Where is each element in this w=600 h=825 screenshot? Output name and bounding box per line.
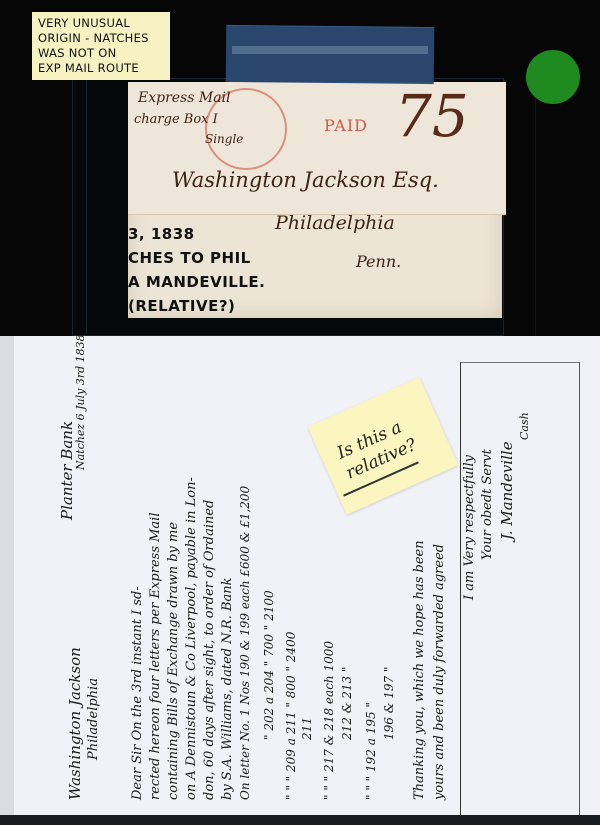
marker-notes: 3, 1838 CHES TO PHIL A MANDEVILLE. (RELA… <box>128 222 265 318</box>
letter-line: " 202 a 204 " 700 " 2100 <box>262 590 276 740</box>
album-page-bottom <box>0 815 600 825</box>
tape-highlight <box>232 46 428 54</box>
letter-line: On letter No. 1 Nos 190 & 199 each £600 … <box>238 486 252 800</box>
letter-line: Your obedt Servt <box>480 449 495 560</box>
marker-line: (RELATIVE?) <box>128 294 265 318</box>
letter-heading-date: Natchez 6 July 3rd 1838 <box>74 334 87 470</box>
letter-line: " " " 217 & 218 each 1000 <box>322 641 336 800</box>
letter-line: containing Bills of Exchange drawn by me <box>166 522 181 800</box>
green-dot-icon <box>526 50 580 104</box>
address-line-2: Philadelphia <box>275 212 395 234</box>
sticky-note-top: VERY UNUSUAL ORIGIN - NATCHES WAS NOT ON… <box>32 12 170 80</box>
letter-edge <box>0 336 14 825</box>
letter-line: Cash <box>518 412 531 440</box>
marker-line: A MANDEVILLE. <box>128 270 265 294</box>
sleeve-edge <box>535 80 536 338</box>
letter-line: rected hereon four letters per Express M… <box>148 513 163 801</box>
letter-line: 196 & 197 " <box>382 667 396 740</box>
letter-line: " " " 209 a 211 " 800 " 2400 <box>284 632 298 800</box>
postage-rate: 75 <box>395 82 469 150</box>
marker-line: CHES TO PHIL <box>128 246 265 270</box>
note-line: WAS NOT ON <box>38 46 164 61</box>
letter-line: 212 & 213 " <box>340 667 354 740</box>
letter-addressee-1: Washington Jackson <box>66 647 84 800</box>
letter-line: 211 <box>300 717 314 740</box>
letter-line: on A Dennistoun & Co Liverpool, payable … <box>184 477 199 800</box>
address-line-3: Penn. <box>356 252 401 271</box>
note-line: ORIGIN - NATCHES <box>38 31 164 46</box>
mounting-tape <box>226 25 435 84</box>
docket-line-3: Single <box>205 132 243 146</box>
letter-line: " " " 192 a 195 " <box>364 702 378 800</box>
letter-line: I am Very respectfully <box>462 455 477 600</box>
paid-handstamp: PAID <box>324 116 368 135</box>
sleeve-edge <box>86 78 87 334</box>
letter-addressee-2: Philadelphia <box>86 678 101 760</box>
note-line: EXP MAIL ROUTE <box>38 61 164 76</box>
note-line: VERY UNUSUAL <box>38 16 164 31</box>
letter-line: yours and been duly forwarded agreed <box>432 544 447 800</box>
letter-line: by S.A. Williams, dated N.R. Bank <box>220 577 235 800</box>
address-line-1: Washington Jackson Esq. <box>172 168 439 192</box>
marker-line: 3, 1838 <box>128 222 265 246</box>
letter-line: don, 60 days after sight, to order of Or… <box>202 500 217 800</box>
docket-line-2: charge Box I <box>134 112 218 127</box>
letter-signature: J. Mandeville <box>498 441 516 540</box>
letter-line: Dear Sir On the 3rd instant I sd- <box>130 586 145 800</box>
letter-line: Thanking you, which we hope has been <box>412 540 427 800</box>
docket-line-1: Express Mail <box>138 90 231 106</box>
